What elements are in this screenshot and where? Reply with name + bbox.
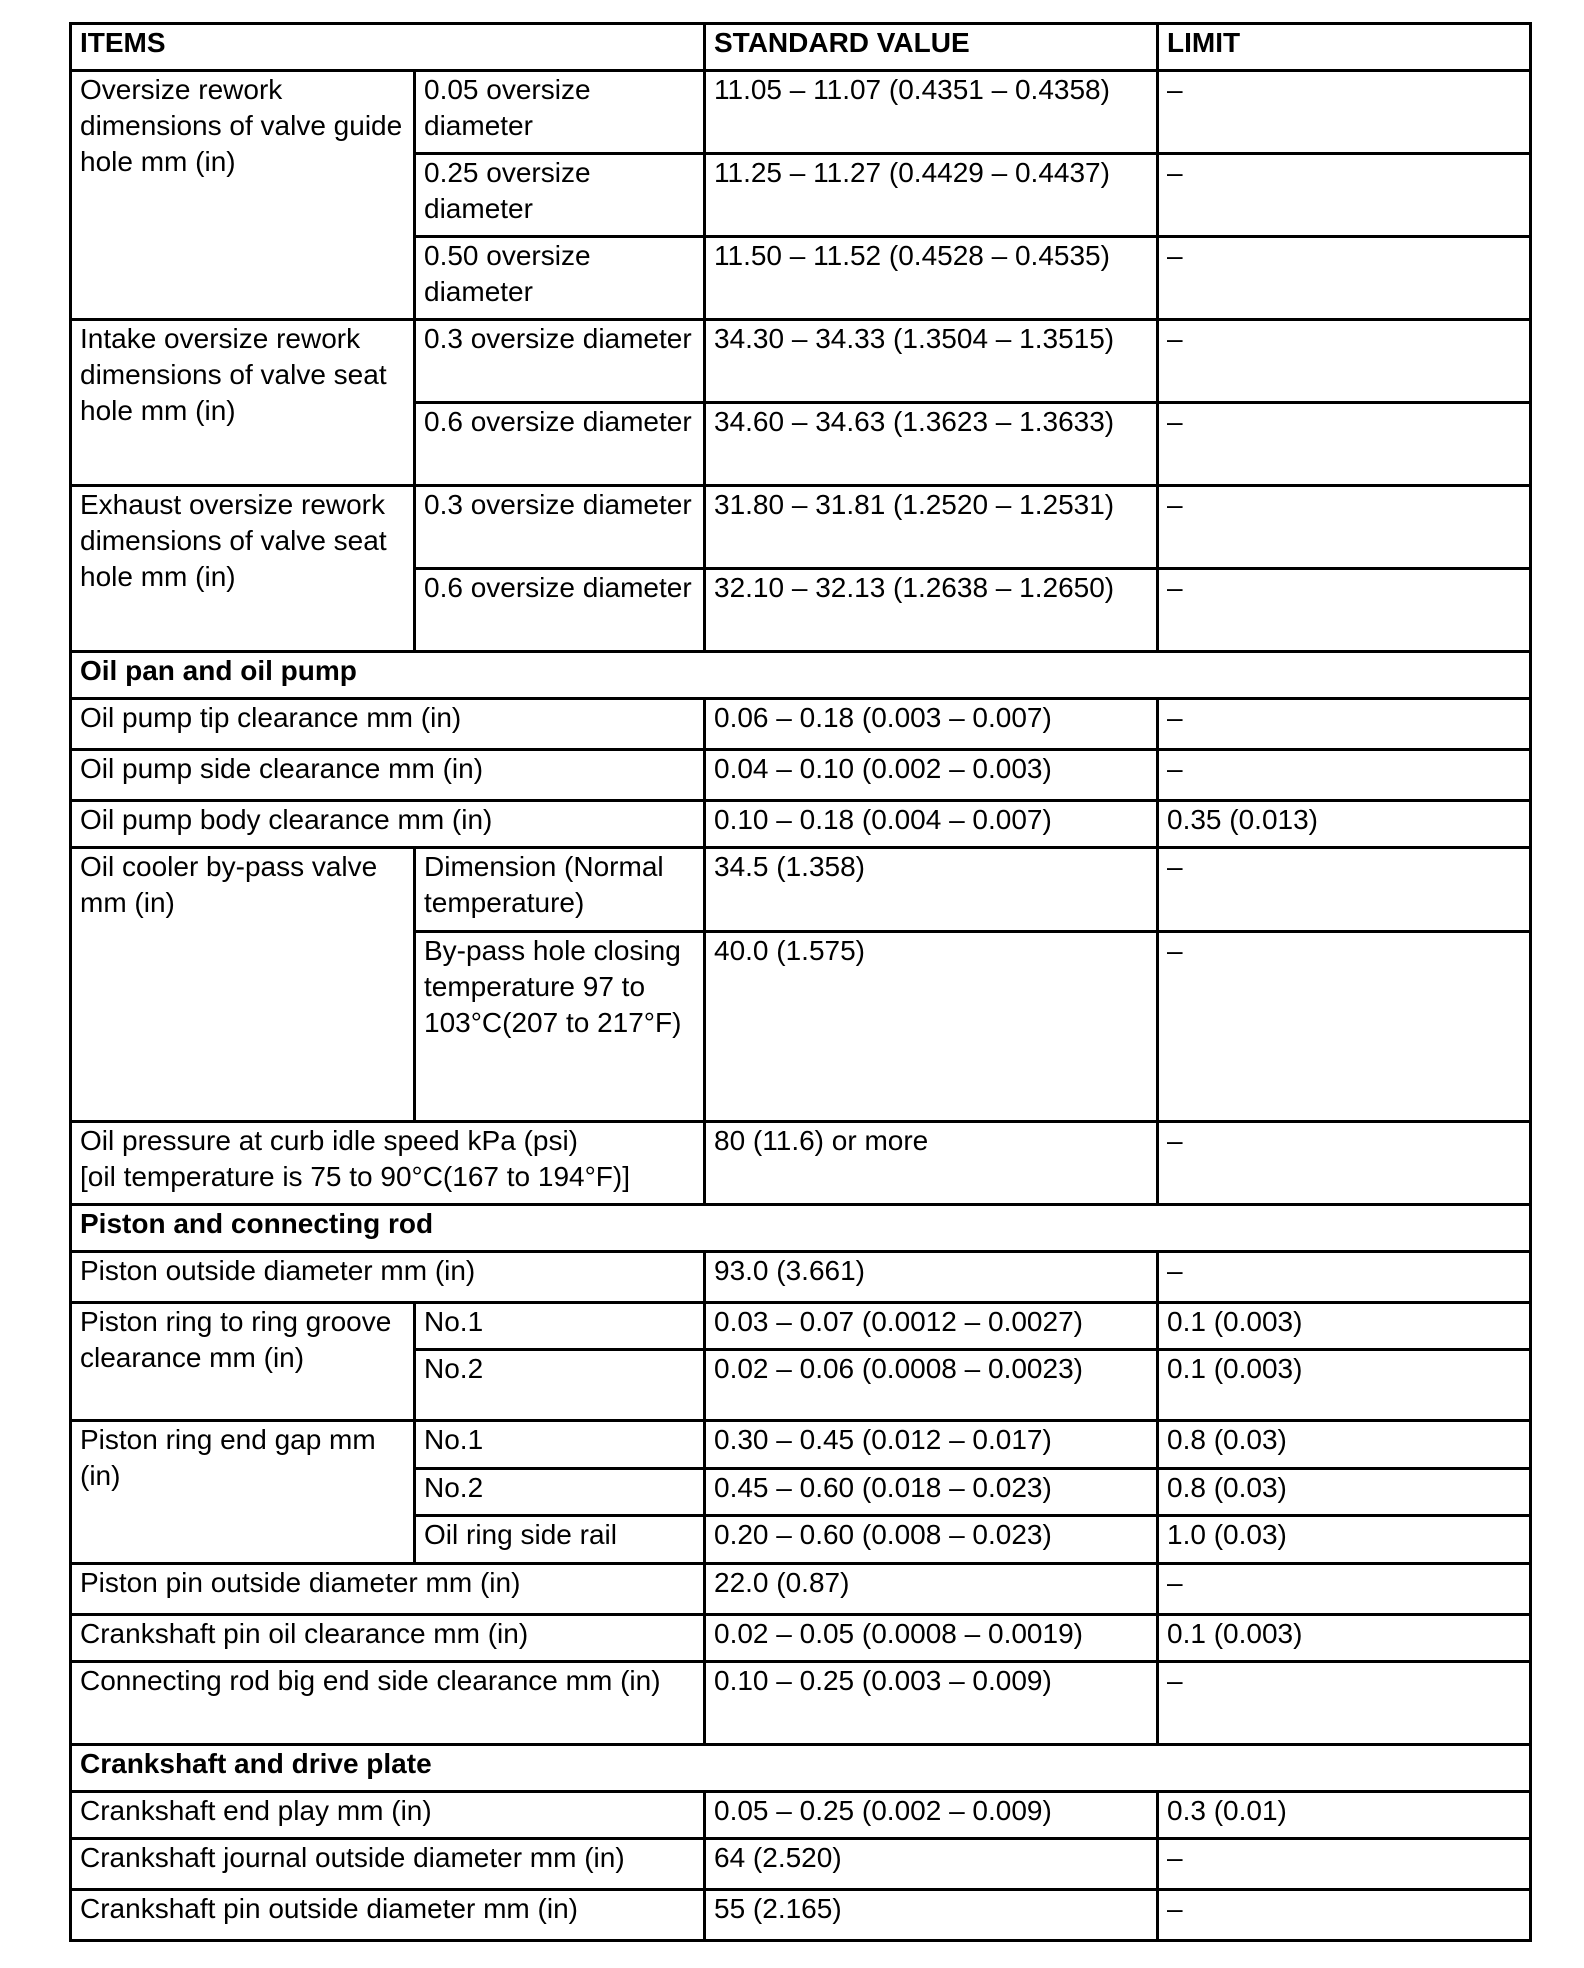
standard-value: 22.0 (0.87): [705, 1564, 1158, 1615]
header-row: ITEMS STANDARD VALUE LIMIT: [71, 24, 1531, 71]
sub-item-label: Dimension (Normal temperature): [415, 848, 705, 932]
limit-value: –: [1158, 71, 1531, 154]
table-row: Piston ring end gap mm (in) No.1 0.30 – …: [71, 1421, 1531, 1469]
header-limit: LIMIT: [1158, 24, 1531, 71]
standard-value: 80 (11.6) or more: [705, 1122, 1158, 1205]
sub-item-label: Oil ring side rail: [415, 1516, 705, 1564]
section-title-crankshaft: Crankshaft and drive plate: [71, 1745, 1531, 1792]
header-items: ITEMS: [71, 24, 705, 71]
item-label: Piston pin outside diameter mm (in): [71, 1564, 705, 1615]
standard-value: 0.03 – 0.07 (0.0012 – 0.0027): [705, 1303, 1158, 1350]
item-label-line: [oil temperature is 75 to 90°C(167 to 19…: [80, 1161, 630, 1192]
item-label: Crankshaft end play mm (in): [71, 1792, 705, 1839]
item-label: Crankshaft journal outside diameter mm (…: [71, 1839, 705, 1890]
limit-value: –: [1158, 699, 1531, 750]
limit-value: –: [1158, 154, 1531, 237]
item-label: Oil cooler by-pass valve mm (in): [71, 848, 415, 1122]
table-row: Piston outside diameter mm (in) 93.0 (3.…: [71, 1252, 1531, 1303]
table-row: Oil pump body clearance mm (in) 0.10 – 0…: [71, 801, 1531, 848]
table-row: Oil pressure at curb idle speed kPa (psi…: [71, 1122, 1531, 1205]
standard-value: 0.10 – 0.25 (0.003 – 0.009): [705, 1662, 1158, 1745]
standard-value: 11.25 – 11.27 (0.4429 – 0.4437): [705, 154, 1158, 237]
limit-value: –: [1158, 848, 1531, 932]
item-label: Crankshaft pin oil clearance mm (in): [71, 1615, 705, 1662]
item-label: Oil pump body clearance mm (in): [71, 801, 705, 848]
item-label: Connecting rod big end side clearance mm…: [71, 1662, 705, 1745]
limit-value: –: [1158, 1252, 1531, 1303]
table-row: Exhaust oversize rework dimensions of va…: [71, 486, 1531, 569]
standard-value: 34.30 – 34.33 (1.3504 – 1.3515): [705, 320, 1158, 403]
standard-value: 11.50 – 11.52 (0.4528 – 0.4535): [705, 237, 1158, 320]
table-row: Intake oversize rework dimensions of val…: [71, 320, 1531, 403]
limit-value: –: [1158, 320, 1531, 403]
standard-value: 11.05 – 11.07 (0.4351 – 0.4358): [705, 71, 1158, 154]
limit-value: –: [1158, 237, 1531, 320]
standard-value: 31.80 – 31.81 (1.2520 – 1.2531): [705, 486, 1158, 569]
standard-value: 0.10 – 0.18 (0.004 – 0.007): [705, 801, 1158, 848]
table-row: Crankshaft end play mm (in) 0.05 – 0.25 …: [71, 1792, 1531, 1839]
standard-value: 32.10 – 32.13 (1.2638 – 1.2650): [705, 569, 1158, 652]
limit-value: 0.8 (0.03): [1158, 1469, 1531, 1516]
standard-value: 93.0 (3.661): [705, 1252, 1158, 1303]
sub-item-label: 0.3 oversize diameter: [415, 320, 705, 403]
limit-value: –: [1158, 1839, 1531, 1890]
section-row: Crankshaft and drive plate: [71, 1745, 1531, 1792]
limit-value: 0.1 (0.003): [1158, 1350, 1531, 1421]
header-standard-value: STANDARD VALUE: [705, 24, 1158, 71]
standard-value: 55 (2.165): [705, 1890, 1158, 1941]
table-row: Crankshaft pin outside diameter mm (in) …: [71, 1890, 1531, 1941]
table-row: Oil cooler by-pass valve mm (in) Dimensi…: [71, 848, 1531, 932]
limit-value: 0.3 (0.01): [1158, 1792, 1531, 1839]
sub-item-label: 0.3 oversize diameter: [415, 486, 705, 569]
limit-value: 0.1 (0.003): [1158, 1303, 1531, 1350]
sub-item-label: No.2: [415, 1469, 705, 1516]
sub-item-label: No.1: [415, 1421, 705, 1469]
table-row: Crankshaft journal outside diameter mm (…: [71, 1839, 1531, 1890]
standard-value: 0.05 – 0.25 (0.002 – 0.009): [705, 1792, 1158, 1839]
section-title-oil-pan: Oil pan and oil pump: [71, 652, 1531, 699]
section-row: Piston and connecting rod: [71, 1205, 1531, 1252]
item-label: Oil pressure at curb idle speed kPa (psi…: [71, 1122, 705, 1205]
item-label: Oil pump tip clearance mm (in): [71, 699, 705, 750]
sub-item-label: 0.6 oversize diameter: [415, 403, 705, 486]
limit-value: –: [1158, 1890, 1531, 1941]
limit-value: –: [1158, 932, 1531, 1122]
limit-value: –: [1158, 403, 1531, 486]
limit-value: 0.35 (0.013): [1158, 801, 1531, 848]
sub-item-label: 0.50 oversize diameter: [415, 237, 705, 320]
limit-value: –: [1158, 569, 1531, 652]
limit-value: –: [1158, 1122, 1531, 1205]
standard-value: 0.04 – 0.10 (0.002 – 0.003): [705, 750, 1158, 801]
standard-value: 0.20 – 0.60 (0.008 – 0.023): [705, 1516, 1158, 1564]
standard-value: 40.0 (1.575): [705, 932, 1158, 1122]
item-label: Piston outside diameter mm (in): [71, 1252, 705, 1303]
item-label: Crankshaft pin outside diameter mm (in): [71, 1890, 705, 1941]
sub-item-label: By-pass hole closing temperature 97 to 1…: [415, 932, 705, 1122]
table-row: Connecting rod big end side clearance mm…: [71, 1662, 1531, 1745]
sub-item-label: 0.25 oversize diameter: [415, 154, 705, 237]
item-label: Oversize rework dimensions of valve guid…: [71, 71, 415, 320]
sub-item-label: 0.6 oversize diameter: [415, 569, 705, 652]
limit-value: 1.0 (0.03): [1158, 1516, 1531, 1564]
section-row: Oil pan and oil pump: [71, 652, 1531, 699]
standard-value: 0.06 – 0.18 (0.003 – 0.007): [705, 699, 1158, 750]
item-label: Oil pump side clearance mm (in): [71, 750, 705, 801]
sub-item-label: 0.05 oversize diameter: [415, 71, 705, 154]
standard-value: 34.5 (1.358): [705, 848, 1158, 932]
limit-value: –: [1158, 1662, 1531, 1745]
item-label: Exhaust oversize rework dimensions of va…: [71, 486, 415, 652]
limit-value: 0.8 (0.03): [1158, 1421, 1531, 1469]
table-row: Piston pin outside diameter mm (in) 22.0…: [71, 1564, 1531, 1615]
item-label-line: Oil pressure at curb idle speed kPa (psi…: [80, 1125, 578, 1156]
table-row: Crankshaft pin oil clearance mm (in) 0.0…: [71, 1615, 1531, 1662]
table-row: Oil pump side clearance mm (in) 0.04 – 0…: [71, 750, 1531, 801]
standard-value: 0.30 – 0.45 (0.012 – 0.017): [705, 1421, 1158, 1469]
table-row: Oil pump tip clearance mm (in) 0.06 – 0.…: [71, 699, 1531, 750]
specification-table: ITEMS STANDARD VALUE LIMIT Oversize rewo…: [69, 22, 1532, 1942]
standard-value: 0.02 – 0.05 (0.0008 – 0.0019): [705, 1615, 1158, 1662]
limit-value: –: [1158, 486, 1531, 569]
standard-value: 0.45 – 0.60 (0.018 – 0.023): [705, 1469, 1158, 1516]
table-row: Piston ring to ring groove clearance mm …: [71, 1303, 1531, 1350]
limit-value: –: [1158, 750, 1531, 801]
limit-value: 0.1 (0.003): [1158, 1615, 1531, 1662]
sub-item-label: No.2: [415, 1350, 705, 1421]
standard-value: 0.02 – 0.06 (0.0008 – 0.0023): [705, 1350, 1158, 1421]
table-row: Oversize rework dimensions of valve guid…: [71, 71, 1531, 154]
item-label: Piston ring to ring groove clearance mm …: [71, 1303, 415, 1421]
sub-item-label: No.1: [415, 1303, 705, 1350]
item-label: Piston ring end gap mm (in): [71, 1421, 415, 1564]
limit-value: –: [1158, 1564, 1531, 1615]
section-title-piston: Piston and connecting rod: [71, 1205, 1531, 1252]
item-label: Intake oversize rework dimensions of val…: [71, 320, 415, 486]
standard-value: 64 (2.520): [705, 1839, 1158, 1890]
standard-value: 34.60 – 34.63 (1.3623 – 1.3633): [705, 403, 1158, 486]
